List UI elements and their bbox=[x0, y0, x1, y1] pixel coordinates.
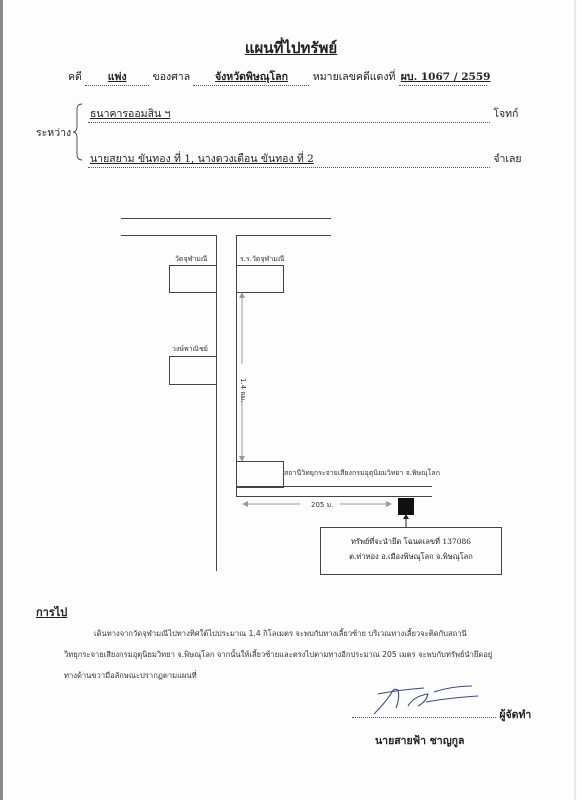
property-location: ต.ท่าทอง อ.เมืองพิษณุโลก จ.พิษณุโลก bbox=[321, 549, 501, 564]
red-case-label: หมายเลขคดีแดงที่ bbox=[313, 71, 396, 83]
horizontal-distance-label: 205 ม. bbox=[311, 500, 333, 511]
school-label: ร.ร.วัดจุฬามณี bbox=[240, 254, 284, 265]
property-info-box: ทรัพย์ที่จะนำยึด โฉนดเลขที่ 137086 ต.ท่า… bbox=[320, 527, 502, 575]
signature-line: ผู้จัดทำ bbox=[352, 706, 531, 723]
plaintiff-line: ธนาคารออมสิน ฯ โจทก์ bbox=[88, 105, 518, 123]
court-name: จังหวัดพิษณุโลก bbox=[193, 68, 309, 86]
defendant-line: นายสยาม ขันทอง ที่ 1, นางดวงเดือน ขันทอง… bbox=[88, 150, 522, 168]
document-title: แผนที่ไปทรัพย์ bbox=[0, 36, 582, 60]
vertical-distance-label: 1.4 กม. bbox=[237, 378, 248, 402]
signer-name: นายสายฟ้า ชาญกูล bbox=[375, 732, 464, 749]
court-label: ของศาล bbox=[153, 71, 191, 83]
temple-building bbox=[169, 265, 217, 293]
school-building bbox=[236, 265, 284, 293]
directions-line-3: ทางด้านขวามือลักษณะปรากฏตามแผนที่ bbox=[64, 666, 197, 686]
case-type: แพ่ง bbox=[85, 68, 149, 86]
vertical-distance-arrow bbox=[238, 292, 248, 462]
shop-building bbox=[169, 356, 217, 385]
road-bottom-edge-right bbox=[236, 235, 331, 236]
temple-label: วัดจุฬามณี bbox=[175, 254, 207, 265]
case-line: คดี แพ่ง ของศาล จังหวัดพิษณุโลก หมายเลขค… bbox=[68, 68, 487, 86]
directions-heading: การไป bbox=[36, 603, 67, 621]
road-bottom-edge-left bbox=[121, 235, 216, 236]
defendant-role: จำเลย bbox=[493, 153, 521, 165]
radio-station-building bbox=[236, 461, 284, 488]
property-pointer-arrow bbox=[402, 514, 410, 528]
road-top-edge bbox=[121, 218, 331, 219]
shop-label: วงษ์พาณิชย์ bbox=[172, 344, 208, 355]
case-label: คดี bbox=[68, 71, 82, 83]
red-case-number: ผบ. 1067 / 2559 bbox=[399, 68, 487, 86]
property-marker bbox=[398, 498, 414, 515]
scan-edge-right bbox=[574, 0, 576, 800]
brace bbox=[73, 102, 83, 165]
signature-blank bbox=[352, 717, 496, 718]
directions-line-1: เดินทางจากวัดจุฬามณีไปทางทิศใต้ไปประมาณ … bbox=[94, 624, 467, 644]
radio-station-label: สถานีวิทยุกระจายเสียงกรมอุตุนิยมวิทยา จ.… bbox=[284, 468, 440, 479]
property-deed: ทรัพย์ที่จะนำยึด โฉนดเลขที่ 137086 bbox=[321, 534, 501, 549]
directions-line-2: วิทยุกระจายเสียงกรมอุตุนิยมวิทยา จ.พิษณุ… bbox=[64, 645, 492, 665]
plaintiff-name: ธนาคารออมสิน ฯ bbox=[88, 105, 490, 123]
plaintiff-role: โจทก์ bbox=[493, 108, 518, 120]
signer-role: ผู้จัดทำ bbox=[499, 709, 531, 721]
defendant-names: นายสยาม ขันทอง ที่ 1, นางดวงเดือน ขันทอง… bbox=[88, 150, 490, 168]
side-road-bottom bbox=[236, 496, 432, 497]
scan-edge bbox=[0, 0, 3, 800]
between-label: ระหว่าง bbox=[36, 124, 71, 141]
